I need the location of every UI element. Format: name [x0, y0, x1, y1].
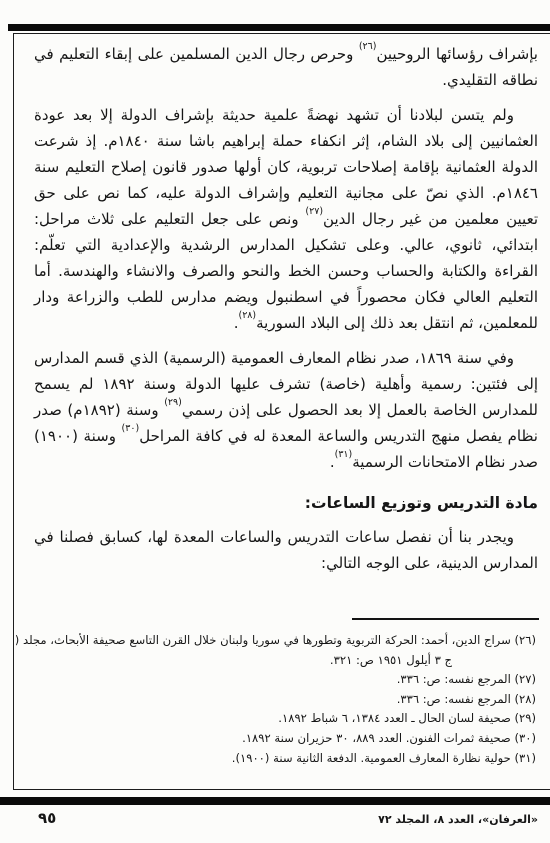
paragraph: ويجدر بنا أن نفصل ساعات التدريس والساعات…	[34, 524, 538, 576]
paragraph-continuation: بإشراف رؤسائها الروحيين(٢٦) وحرص رجال ال…	[34, 41, 538, 93]
footnote-separator-rule	[352, 618, 539, 620]
paragraph: وفي سنة ١٨٦٩، صدر نظام المعارف العمومية …	[34, 345, 538, 475]
top-thick-rule	[8, 24, 550, 31]
bottom-thick-rule	[0, 797, 550, 805]
scanned-journal-page: بإشراف رؤسائها الروحيين(٢٦) وحرص رجال ال…	[0, 0, 550, 843]
article-body: بإشراف رؤسائها الروحيين(٢٦) وحرص رجال ال…	[34, 41, 538, 576]
footnote-31: (٣١) حولية نظارة المعارف العمومية. الدفع…	[16, 749, 536, 769]
footnote-26-line1: (٢٦) سراج الدين، أحمد: الحركة التربوية و…	[16, 631, 536, 651]
paragraph: ولم يتسن لبلادنا أن تشهد نهضةً علمية حدي…	[34, 102, 538, 336]
section-heading: مادة التدريس وتوزيع الساعات:	[34, 490, 538, 516]
footnote-29: (٢٩) صحيفة لسان الحال ـ العدد ١٣٨٤، ٦ شب…	[16, 709, 536, 729]
footnote-28: (٢٨) المرجع نفسه: ص: ٣٣٦.	[16, 690, 536, 710]
journal-citation-line: «العرفان»، العدد ٨، المجلد ٧٢	[378, 813, 538, 826]
footnote-27: (٢٧) المرجع نفسه: ص: ٣٣٦.	[16, 670, 536, 690]
footnotes-block: (٢٦) سراج الدين، أحمد: الحركة التربوية و…	[16, 631, 536, 768]
footnote-30: (٣٠) صحيفة ثمرات الفنون. العدد ٨٨٩، ٣٠ ح…	[16, 729, 536, 749]
page-number: ٩٥	[38, 809, 56, 827]
footnote-26-line2: ج ٣ أيلول ١٩٥١ ص: ٣٢١.	[16, 651, 536, 671]
